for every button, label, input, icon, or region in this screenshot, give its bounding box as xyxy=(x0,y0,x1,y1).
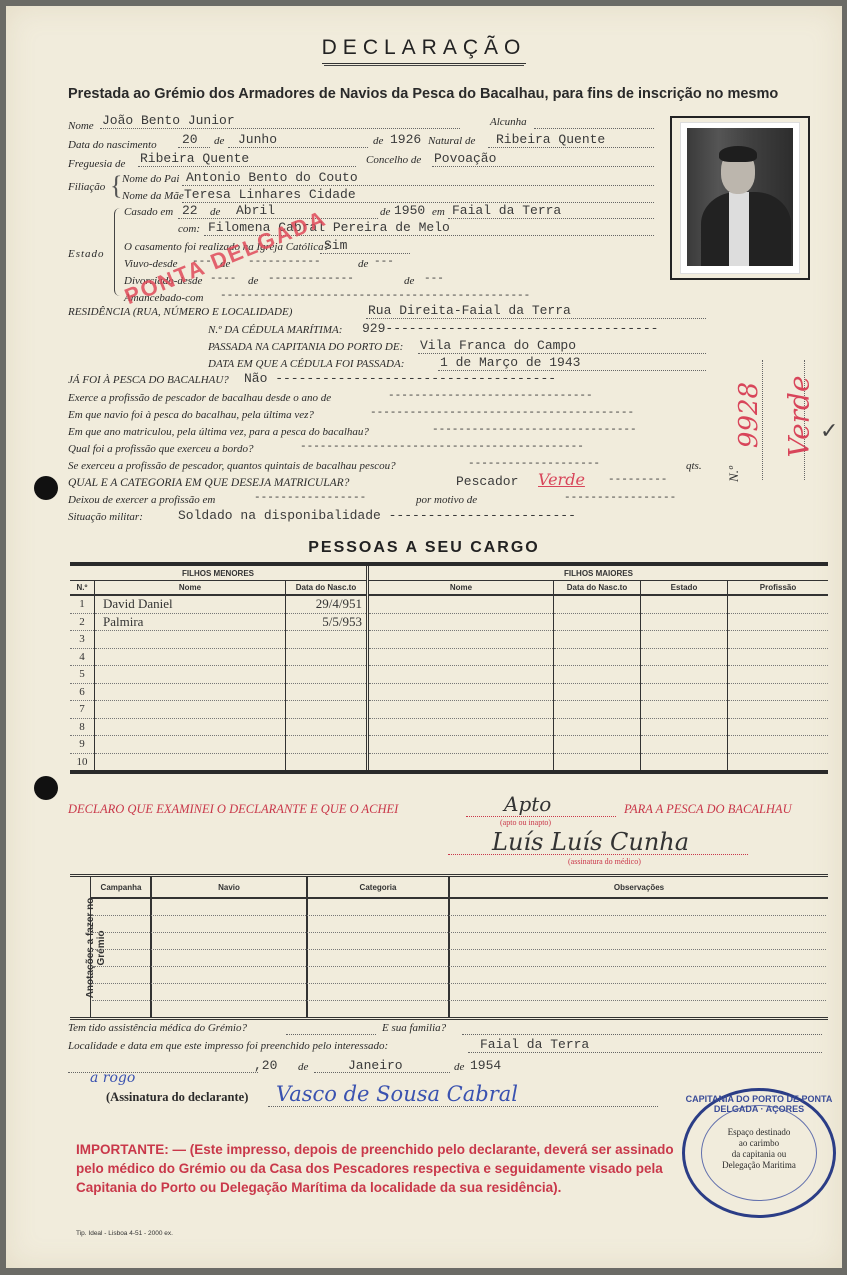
table-row: 8 xyxy=(70,718,828,736)
table-row: 3 xyxy=(70,631,828,649)
igreja-field[interactable]: Sim xyxy=(324,238,347,253)
table-row: 1David Daniel29/4/951 xyxy=(70,595,828,613)
medical-declaration: DECLARO QUE EXAMINEI O DECLARANTE E QUE … xyxy=(68,802,838,872)
quintais-field[interactable]: -------------------- xyxy=(468,458,600,470)
motivo-field[interactable]: ----------------- xyxy=(564,492,676,504)
concelho-field[interactable]: Povoação xyxy=(434,151,496,166)
table-row: 6 xyxy=(70,683,828,701)
navio-field[interactable]: ---------------------------------------- xyxy=(370,407,634,419)
freguesia-row: Freguesia de Ribeira Quente Concelho de … xyxy=(68,154,653,172)
annotations-side-label: Anotações a fazer no Grémio xyxy=(85,888,107,1008)
table-row: 2Palmira5/5/953 xyxy=(70,613,828,631)
ja-foi-field[interactable]: Não ------------------------------------ xyxy=(244,371,556,386)
categoria-field[interactable]: Pescador xyxy=(456,474,518,489)
casado-dia[interactable]: 22 xyxy=(182,203,198,218)
mae-field[interactable]: Teresa Linhares Cidade xyxy=(184,187,356,202)
dependents-table: FILHOS MENORES FILHOS MAIORES N.º Nome D… xyxy=(70,562,828,774)
declaration-form: DECLARAÇÃO Prestada ao Grémio dos Armado… xyxy=(6,6,842,1268)
nascimento-mes[interactable]: Junho xyxy=(238,132,277,147)
pai-field[interactable]: Antonio Bento do Couto xyxy=(186,170,358,185)
table-row: 4 xyxy=(70,648,828,666)
assistencia-field[interactable] xyxy=(286,1034,376,1035)
casado-mes[interactable]: Abril xyxy=(236,203,275,218)
ano-field[interactable]: ------------------------------- xyxy=(432,424,637,436)
apto-handwritten: Apto xyxy=(504,792,551,816)
table-row: 10 xyxy=(70,753,828,772)
page-title: DECLARAÇÃO xyxy=(6,36,842,64)
capitania-seal: Espaço destinado ao carimbo da capitania… xyxy=(682,1088,836,1218)
capitania-field[interactable]: Vila Franca do Campo xyxy=(420,338,576,353)
filiacao-group: Filiação { Nome do Pai Antonio Bento do … xyxy=(68,171,653,207)
casado-local[interactable]: Faial da Terra xyxy=(452,203,561,218)
casado-ano[interactable]: 1950 xyxy=(394,203,425,218)
militar-field[interactable]: Soldado na disponibalidade -------------… xyxy=(178,508,576,523)
cargo-title: PESSOAS A SEU CARGO xyxy=(6,539,842,557)
data-ano[interactable]: 1954 xyxy=(470,1058,501,1073)
residencia-field[interactable]: Rua Direita-Faial da Terra xyxy=(368,303,571,318)
punch-hole-top xyxy=(34,476,58,500)
freguesia-field[interactable]: Ribeira Quente xyxy=(140,151,249,166)
printer-credit: Tip. Ideal - Lisboa 4-51 - 2000 ex. xyxy=(76,1230,173,1237)
check-icon: ✓ xyxy=(820,418,838,444)
viuvo-ano[interactable]: --- xyxy=(374,256,394,268)
annotations-table: Anotações a fazer no Grémio Campanha Nav… xyxy=(70,874,828,1020)
declarant-signature: Vasco de Sousa Cabral xyxy=(276,1082,518,1106)
table-row: 5 xyxy=(70,666,828,684)
data-dia[interactable]: ,20 xyxy=(254,1058,277,1073)
alcunha-field[interactable] xyxy=(534,128,654,129)
registration-number: 9928 xyxy=(734,382,764,448)
amancebado-field[interactable]: ----------------------------------------… xyxy=(220,290,530,302)
portrait-photo xyxy=(670,116,810,280)
desde-field[interactable]: ------------------------------- xyxy=(388,390,593,402)
familia-field[interactable] xyxy=(462,1034,822,1035)
table-row: 7 xyxy=(70,701,828,719)
nascimento-ano[interactable]: 1926 xyxy=(390,132,421,147)
profissao-field[interactable]: ----------------------------------------… xyxy=(300,441,584,453)
margin-registration-note: N.º 9928 Verde ✓ xyxy=(724,356,834,486)
deixou-field[interactable]: ----------------- xyxy=(254,492,366,504)
localidade-field[interactable]: Faial da Terra xyxy=(480,1037,589,1052)
divorciado-mes[interactable]: ------------- xyxy=(268,273,354,285)
form-subtitle: Prestada ao Grémio dos Armadores de Navi… xyxy=(68,86,778,102)
registration-category: Verde xyxy=(783,375,816,457)
doctor-signature: Luís Luís Cunha xyxy=(492,828,689,856)
table-row: 9 xyxy=(70,736,828,754)
natural-field[interactable]: Ribeira Quente xyxy=(496,132,605,147)
nascimento-dia[interactable]: 20 xyxy=(182,132,198,147)
important-note: IMPORTANTE: — (Este impresso, depois de … xyxy=(76,1140,681,1197)
cedula-field[interactable]: 929----------------------------------- xyxy=(362,321,658,336)
nome-field[interactable]: João Bento Junior xyxy=(102,113,235,128)
a-rogo-note: a rogo xyxy=(90,1070,135,1086)
categoria-handwritten: Verde xyxy=(538,470,585,489)
pesca-group: JÁ FOI À PESCA DO BACALHAU? Não --------… xyxy=(68,374,718,524)
divorciado-ano[interactable]: --- xyxy=(424,273,444,285)
data-cedula-field[interactable]: 1 de Março de 1943 xyxy=(440,355,580,370)
data-mes[interactable]: Janeiro xyxy=(348,1058,403,1073)
punch-hole-bottom xyxy=(34,776,58,800)
